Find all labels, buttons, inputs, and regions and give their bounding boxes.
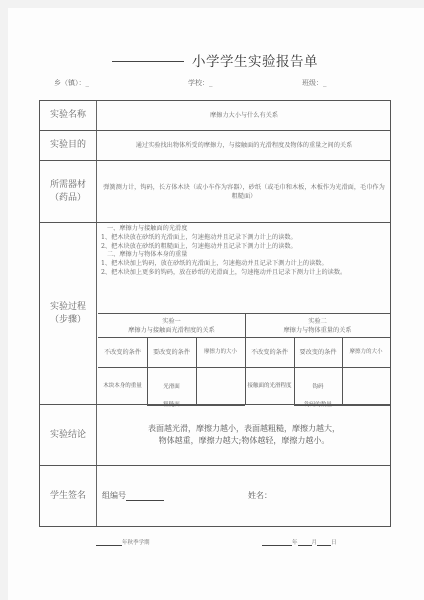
exp2-col-changed: 要改变的条件 — [294, 338, 342, 368]
conclusion-label: 实验结论 — [40, 405, 97, 465]
process-step: 1、把木块放在砂纸的光滑面上，匀速拖动并且记录下测力计上的读数。 — [101, 234, 387, 243]
school-field[interactable]: 学校：_ — [188, 78, 213, 88]
process-label: 实验过程 （步骤） — [40, 223, 97, 404]
signature-content: 组编号 姓名： — [98, 466, 390, 526]
report-table: 实验名称 摩擦力大小与什么有关系 实验目的 通过实验找出物体所受的摩擦力，与接触… — [39, 100, 391, 527]
row-conclusion: 实验结论 表面越光滑，摩擦力越小，表面越粗糙，摩擦力越大， 物体越重，摩擦力越大… — [40, 405, 390, 466]
date-footer: 年月日 — [262, 538, 337, 546]
exp2-changed-value: 钩码 — [294, 368, 342, 405]
exp2-result-input[interactable] — [342, 368, 390, 405]
experiment1-title: 实验一 — [162, 317, 181, 326]
experiment-name-value[interactable]: 摩擦力大小与什么有关系 — [98, 101, 390, 130]
experiment2-subtitle: 摩擦力与物体重量的关系 — [283, 326, 351, 335]
process-step: 1、把木块加上钩码，放在砂纸的光滑面上，匀速拖动并且记录下测力计上的读数。 — [101, 260, 387, 269]
report-title-row: 小学学生实验报告单 — [0, 48, 424, 68]
township-field[interactable]: 乡（镇）：_ — [54, 78, 89, 88]
student-name-field[interactable]: 姓名： — [248, 490, 272, 501]
exp2-unchanged-value: 接触面的光滑程度 — [245, 368, 294, 404]
equipment-label-line2: （药品） — [50, 192, 86, 205]
term-label: 年秋季学期 — [122, 540, 150, 546]
process-label-line2: （步骤） — [50, 314, 86, 327]
month-blank[interactable] — [298, 539, 312, 546]
exp1-col-unchanged: 不改变的条件 — [98, 338, 147, 368]
group-number-input[interactable] — [126, 491, 164, 501]
class-field[interactable]: 班级：_ — [302, 78, 327, 88]
equipment-label-line1: 所需器材 — [50, 179, 86, 192]
row-experiment-purpose: 实验目的 通过实验找出物体所受的摩擦力，与接触面的光滑程度及物体的重量之间的关系 — [40, 131, 390, 161]
exp1-col-result: 摩擦力的大小 — [196, 338, 245, 368]
day-label: 日 — [331, 540, 337, 546]
student-name-label: 姓名： — [248, 491, 272, 500]
process-label-line1: 实验过程 — [50, 301, 86, 314]
process-steps[interactable]: 一、摩擦力与接触面的光滑度 1、把木块放在砂纸的光滑面上，匀速拖动并且记录下测力… — [101, 225, 387, 278]
day-blank[interactable] — [317, 539, 331, 546]
exp1-changed-value: 光滑面 — [147, 368, 196, 405]
experiment1-header: 实验一 摩擦力与接触面光滑程度的关系 — [98, 314, 245, 338]
exp1-col-changed: 要改变的条件 — [147, 338, 196, 368]
row-process: 实验过程 （步骤） 一、摩擦力与接触面的光滑度 1、把木块放在砂纸的光滑面上，匀… — [40, 223, 390, 405]
title-blank-line[interactable] — [112, 61, 184, 62]
conclusion-value[interactable]: 表面越光滑，摩擦力越小，表面越粗糙，摩擦力越大， 物体越重，摩擦力越大;物体越轻… — [98, 405, 390, 465]
experiment1-subtitle: 摩擦力与接触面光滑程度的关系 — [128, 326, 215, 335]
process-step: 一、摩擦力与接触面的光滑度 — [101, 225, 387, 234]
exp2-col-unchanged: 不改变的条件 — [245, 338, 294, 368]
results-table: 实验一 摩擦力与接触面光滑程度的关系 实验二 摩擦力与物体重量的关系 不改变的条… — [98, 313, 390, 404]
equipment-label: 所需器材 （药品） — [40, 161, 97, 222]
experiment2-title: 实验二 — [308, 317, 327, 326]
row-signature: 学生签名 组编号 姓名： — [40, 466, 390, 526]
group-number-label: 组编号 — [102, 491, 126, 500]
conclusion-line: 物体越重，摩擦力越大;物体越轻，摩擦力越小。 — [159, 435, 330, 447]
group-number-field[interactable]: 组编号 — [102, 490, 164, 501]
exp2-col-result: 摩擦力的大小 — [342, 338, 390, 368]
year-blank[interactable] — [262, 539, 292, 546]
process-step: 2、把木块加上更多的钩码，放在砂纸的光滑面上，匀速拖动并且记录下测力计上的读数。 — [101, 269, 387, 278]
exp1-unchanged-value: 木块本身的重量 — [98, 368, 147, 404]
experiment-purpose-label: 实验目的 — [40, 131, 97, 160]
term-footer: 年秋季学期 — [96, 538, 150, 546]
experiment-purpose-value[interactable]: 通过实验找出物体所受的摩擦力，与接触面的光滑程度及物体的重量之间的关系 — [98, 131, 390, 160]
term-year-blank[interactable] — [96, 539, 122, 546]
exp1-result-input[interactable] — [196, 368, 245, 405]
report-title: 小学学生实验报告单 — [192, 50, 318, 70]
conclusion-line: 表面越光滑，摩擦力越小，表面越粗糙，摩擦力越大， — [148, 423, 340, 435]
row-equipment: 所需器材 （药品） 弹簧测力计，钩码，长方体木块（或小车作为容器），砂纸（或毛巾… — [40, 161, 390, 223]
signature-label: 学生签名 — [40, 466, 97, 526]
experiment-name-label: 实验名称 — [40, 101, 97, 130]
equipment-value[interactable]: 弹簧测力计，钩码，长方体木块（或小车作为容器），砂纸（或毛巾和木板，木板作为光滑… — [98, 161, 390, 222]
row-experiment-name: 实验名称 摩擦力大小与什么有关系 — [40, 101, 390, 131]
experiment2-header: 实验二 摩擦力与物体重量的关系 — [245, 314, 390, 338]
process-step: 二、摩擦力与物体本身的重量 — [101, 251, 387, 260]
